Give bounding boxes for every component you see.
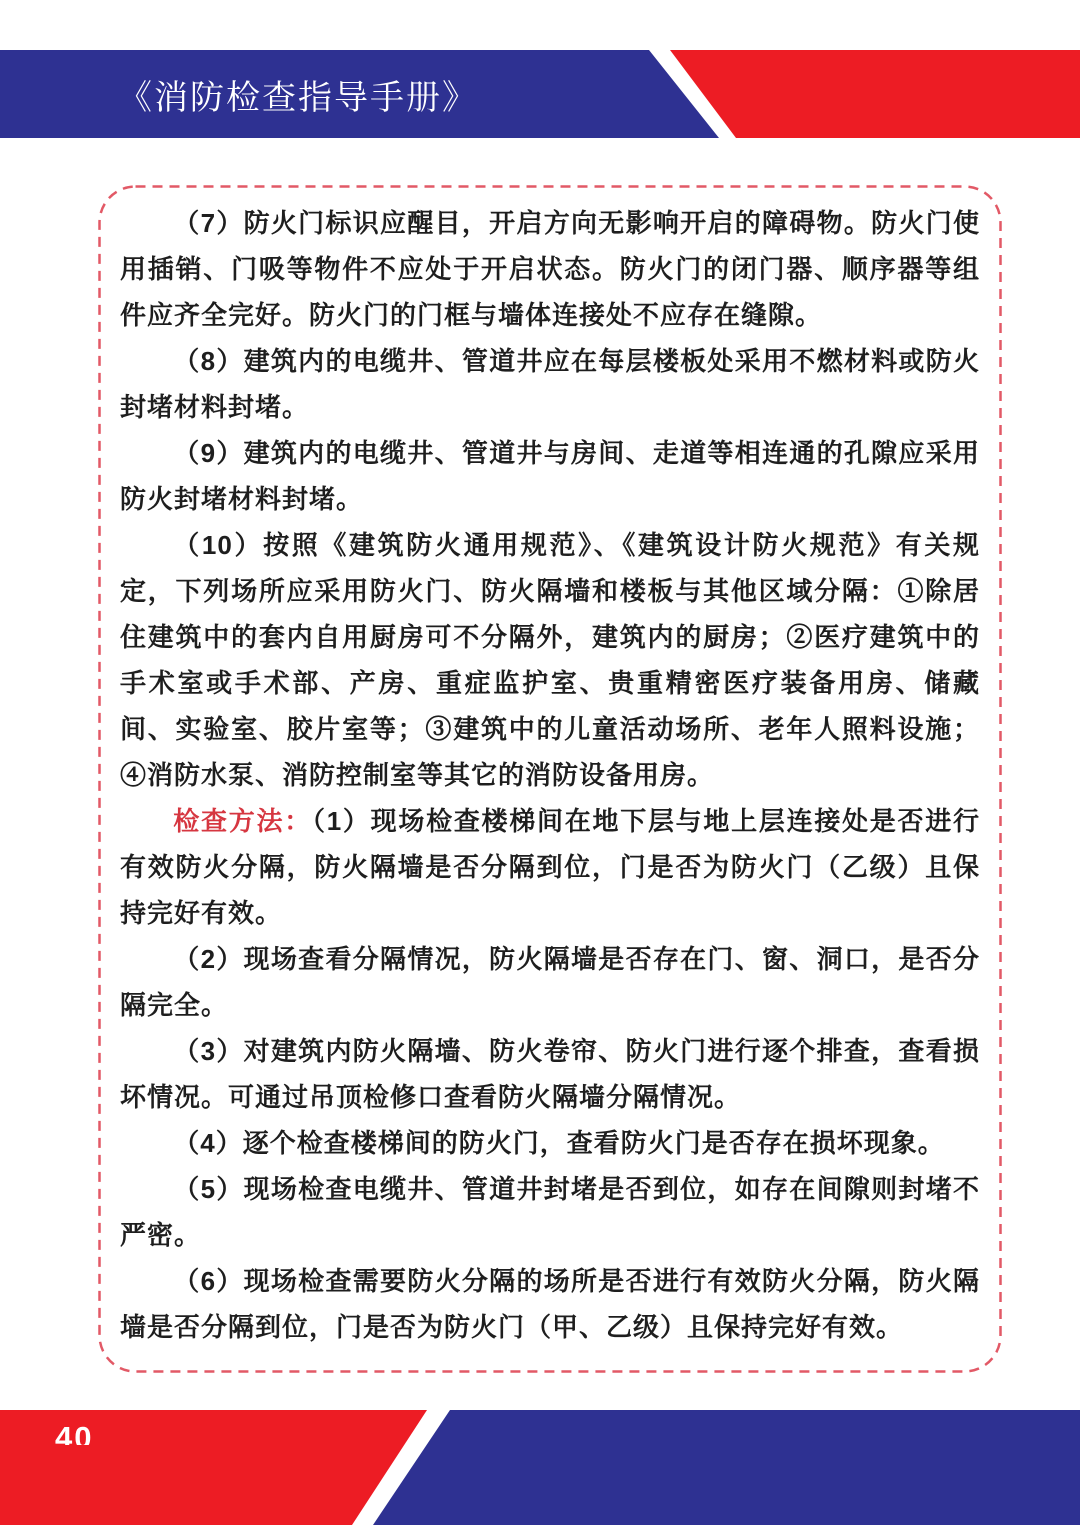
page-number: 40 [55, 1421, 125, 1445]
manual-title: 《消防检查指导手册》 [118, 50, 478, 138]
paragraph: （9）建筑内的电缆井、管道井与房间、走道等相连通的孔隙应采用防火封堵材料封堵。 [120, 430, 980, 522]
paragraph: （4）逐个检查楼梯间的防火门，查看防火门是否存在损坏现象。 [120, 1120, 980, 1166]
manual-page: 《消防检查指导手册》 （7）防火门标识应醒目，开启方向无影响开启的障碍物。防火门… [0, 0, 1080, 1525]
paragraph: 检查方法：（1）现场检查楼梯间在地下层与地上层连接处是否进行有效防火分隔，防火隔… [120, 798, 980, 936]
inspection-method-label: 检查方法： [173, 806, 312, 836]
paragraph: （8）建筑内的电缆井、管道井应在每层楼板处采用不燃材料或防火封堵材料封堵。 [120, 338, 980, 430]
content-box: （7）防火门标识应醒目，开启方向无影响开启的障碍物。防火门使用插销、门吸等物件不… [98, 185, 1002, 1373]
paragraph: （5）现场检查电缆井、管道井封堵是否到位，如存在间隙则封堵不严密。 [120, 1166, 980, 1258]
paragraph: （3）对建筑内防火隔墙、防火卷帘、防火门进行逐个排查，查看损坏情况。可通过吊顶检… [120, 1028, 980, 1120]
paragraph: （7）防火门标识应醒目，开启方向无影响开启的障碍物。防火门使用插销、门吸等物件不… [120, 200, 980, 338]
paragraph: （2）现场查看分隔情况，防火隔墙是否存在门、窗、洞口，是否分隔完全。 [120, 936, 980, 1028]
paragraph: （6）现场检查需要防火分隔的场所是否进行有效防火分隔，防火隔墙是否分隔到位，门是… [120, 1258, 980, 1350]
page-number-clip: 40 [55, 1421, 125, 1445]
paragraph: （10）按照《建筑防火通用规范》、《建筑设计防火规范》有关规定，下列场所应采用防… [120, 522, 980, 798]
